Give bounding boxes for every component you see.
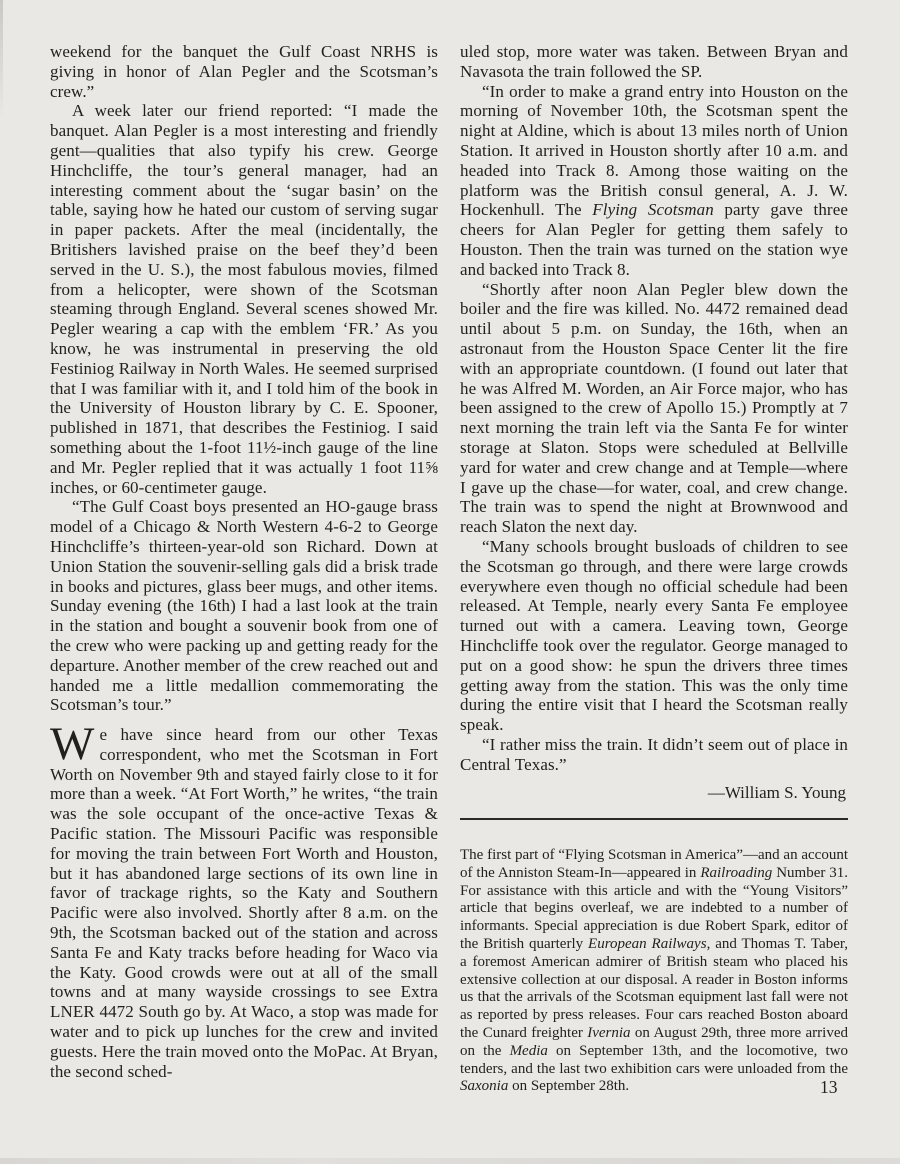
italic-text: Railroading <box>700 865 772 881</box>
scan-edge-left <box>0 0 3 120</box>
italic-text: Ivernia <box>587 1025 630 1041</box>
paragraph: weekend for the banquet the Gulf Coast N… <box>50 42 438 101</box>
italic-text: Flying Scotsman <box>592 200 714 219</box>
paragraph: “The Gulf Coast boys presented an HO-gau… <box>50 497 438 715</box>
paragraph: “Shortly after noon Alan Pegler blew dow… <box>460 280 848 537</box>
right-column-body: uled stop, more water was taken. Between… <box>460 42 848 774</box>
italic-text: Saxonia <box>460 1078 508 1094</box>
author-signature: —William S. Young <box>460 783 848 803</box>
paragraph: “In order to make a grand entry into Hou… <box>460 82 848 280</box>
right-column: uled stop, more water was taken. Between… <box>460 42 848 1124</box>
paragraph: “I rather miss the train. It didn’t seem… <box>460 735 848 775</box>
footnote-text: The first part of “Flying Scotsman in Am… <box>460 847 848 1096</box>
italic-text: Media <box>510 1043 548 1059</box>
paragraph: We have since heard from our other Texas… <box>50 725 438 1081</box>
footnote-block: The first part of “Flying Scotsman in Am… <box>460 818 848 1096</box>
two-column-text-block: weekend for the banquet the Gulf Coast N… <box>50 42 848 1124</box>
italic-text: European Railways <box>588 936 707 952</box>
paragraph: uled stop, more water was taken. Between… <box>460 42 848 82</box>
paragraph: A week later our friend reported: “I mad… <box>50 101 438 497</box>
paragraph: “Many schools brought busloads of childr… <box>460 537 848 735</box>
scan-edge-bottom <box>0 1158 900 1164</box>
footnote-divider-rule <box>460 818 848 820</box>
page-number: 13 <box>820 1077 838 1098</box>
left-column: weekend for the banquet the Gulf Coast N… <box>50 42 438 1124</box>
magazine-page: weekend for the banquet the Gulf Coast N… <box>0 0 900 1164</box>
dropcap-letter: W <box>50 725 99 762</box>
